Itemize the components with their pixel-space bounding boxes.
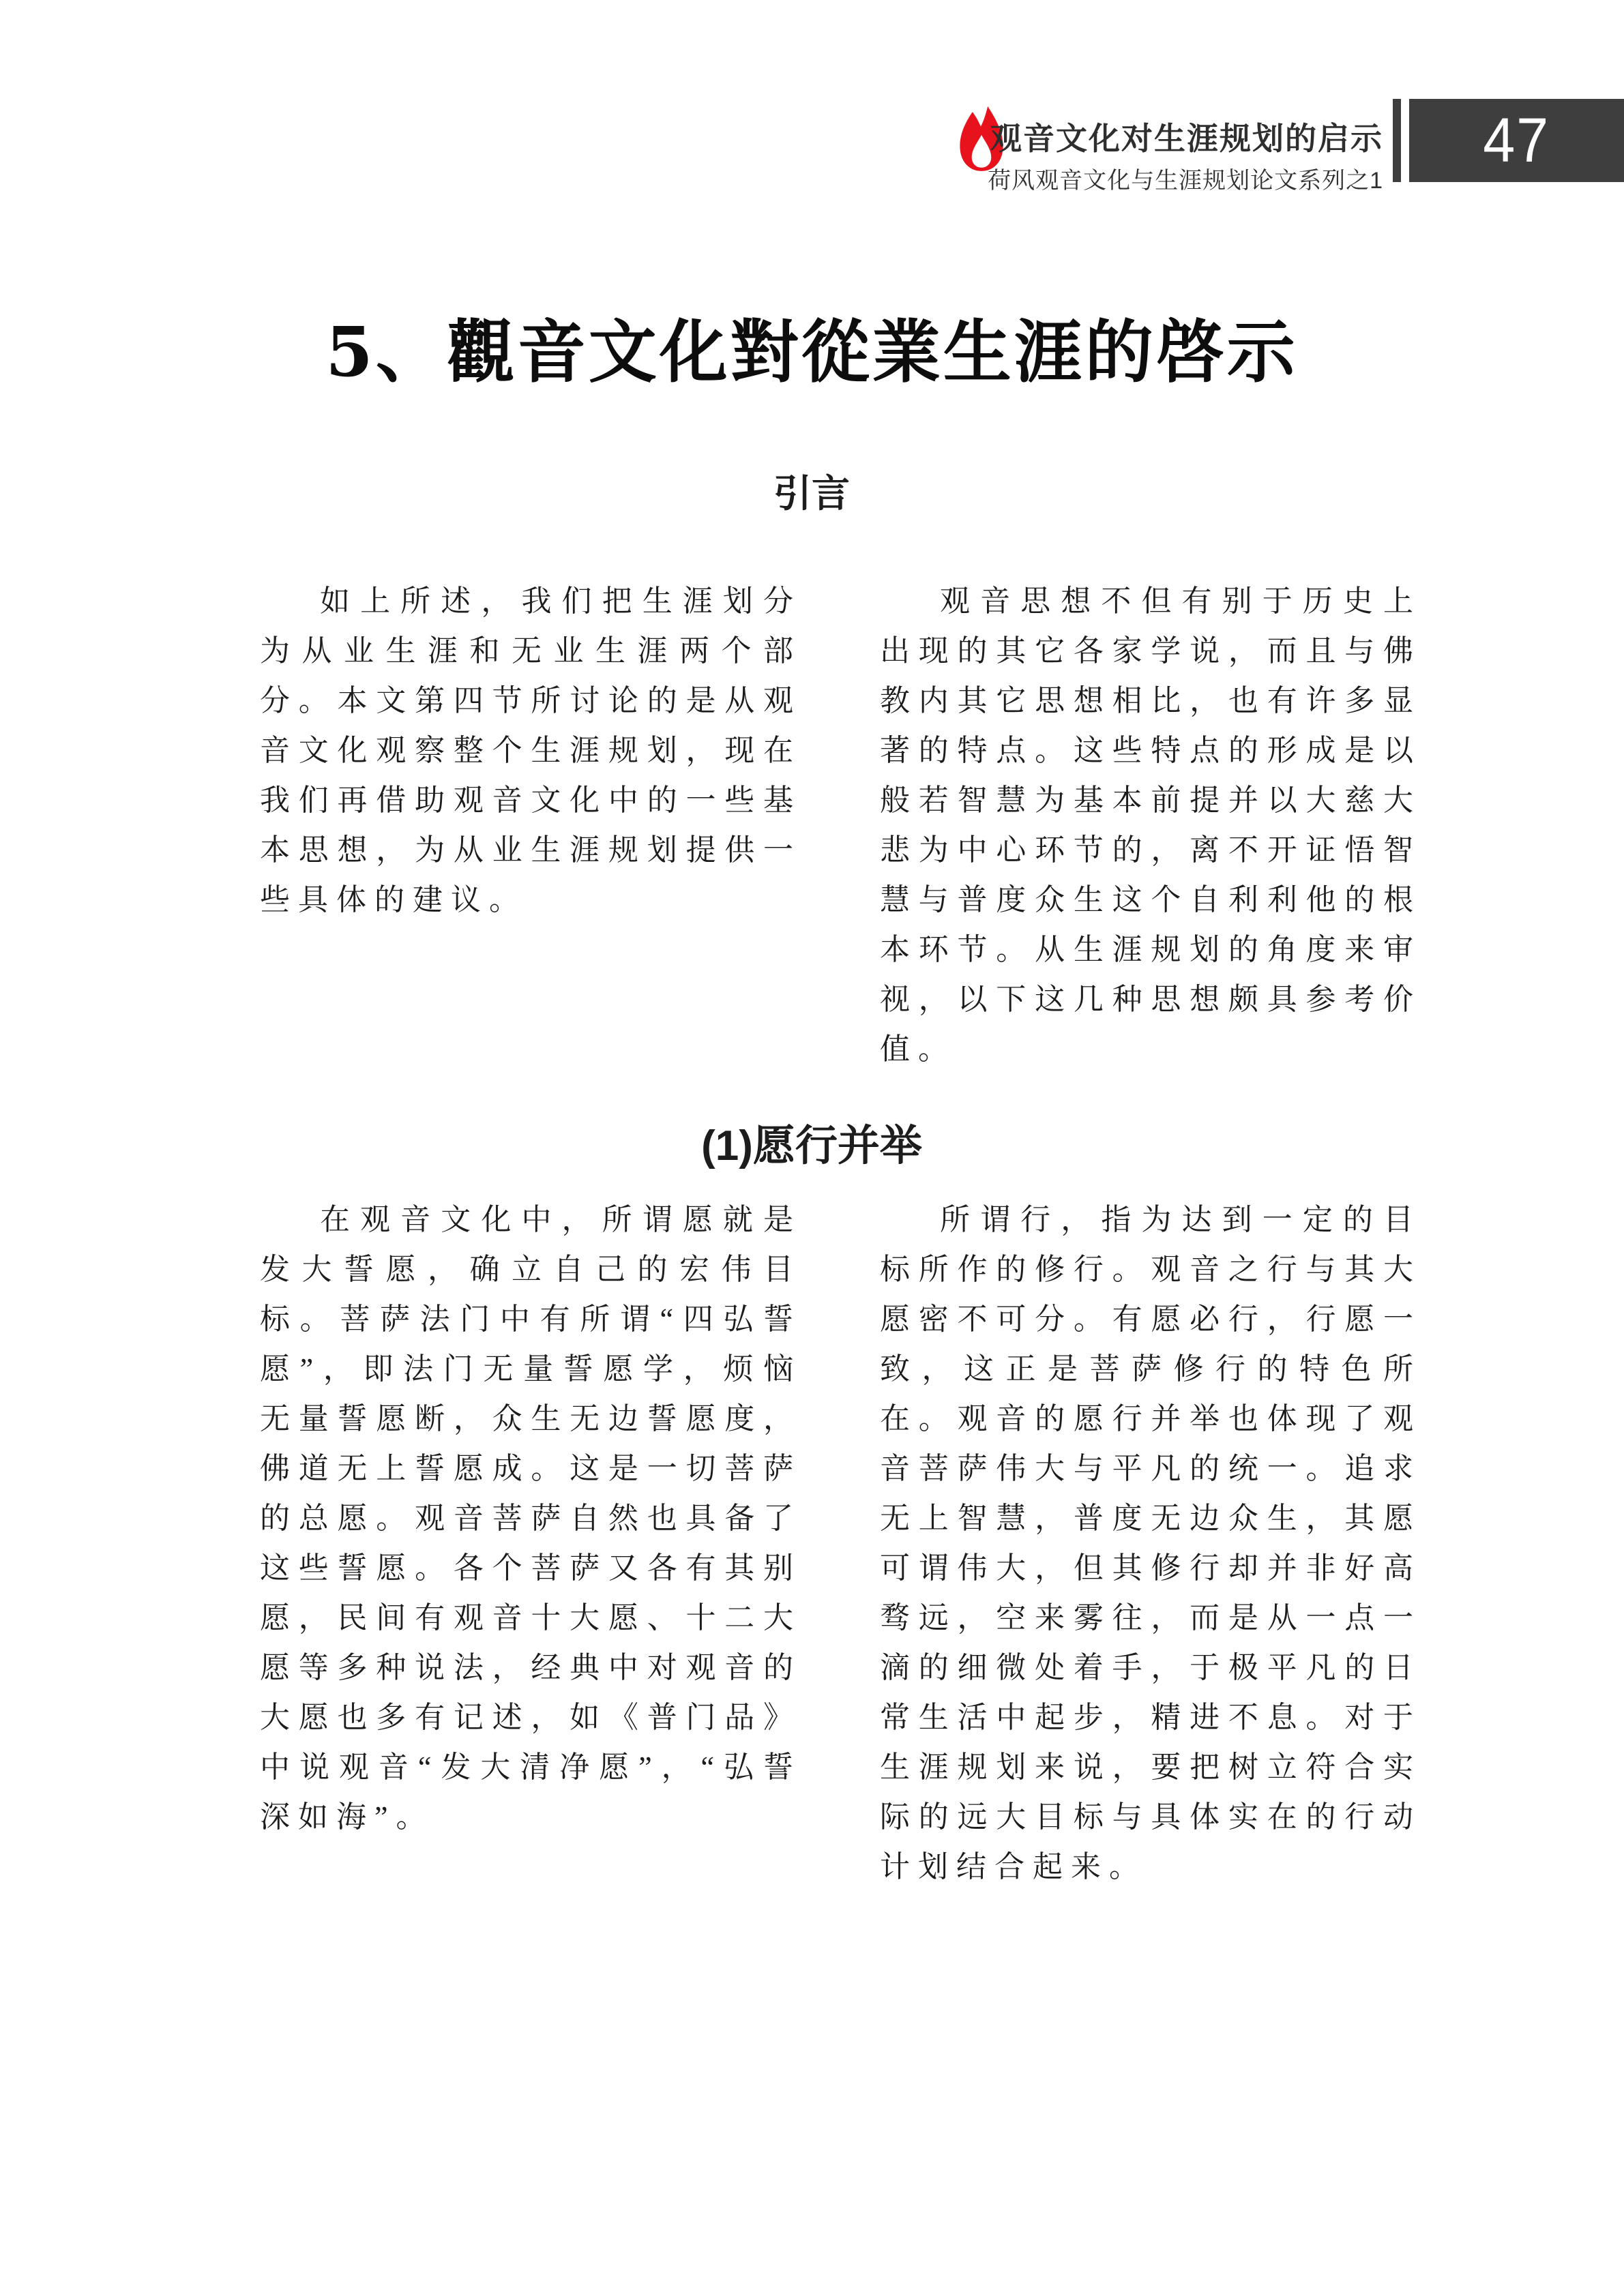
page-number: 47 [1483, 109, 1550, 172]
page-root: 观音文化对生涯规划的启示 荷风观音文化与生涯规划论文系列之1 47 5、觀音文化… [0, 0, 1624, 2296]
header-divider-bar [1393, 99, 1401, 182]
section-1-heading: (1)愿行并举 [232, 1112, 1391, 1172]
header-subtitle: 荷风观音文化与生涯规划论文系列之1 [988, 162, 1383, 195]
header-title-block: 观音文化对生涯规划的启示 荷风观音文化与生涯规划论文系列之1 [988, 121, 1383, 195]
header-title: 观音文化对生涯规划的启示 [988, 121, 1383, 157]
section-intro-heading: 引言 [232, 464, 1391, 518]
article-main-title: 5、觀音文化對從業生涯的啓示 [232, 297, 1391, 396]
page-number-box: 47 [1409, 99, 1624, 182]
intro-left-column: 如上所述，我们把生涯划分为从业生涯和无业生涯两个部分。本文第四节所讨论的是从观音… [260, 576, 801, 925]
intro-right-column: 观音思想不但有别于历史上出现的其它各家学说，而且与佛教内其它思想相比，也有许多显… [880, 576, 1421, 1074]
section-1-right-column: 所谓行，指为达到一定的目标所作的修行。观音之行与其大愿密不可分。有愿必行，行愿一… [880, 1195, 1421, 1892]
section-1-left-column: 在观音文化中，所谓愿就是发大誓愿，确立自己的宏伟目标。菩萨法门中有所谓“四弘誓愿… [260, 1195, 801, 1842]
